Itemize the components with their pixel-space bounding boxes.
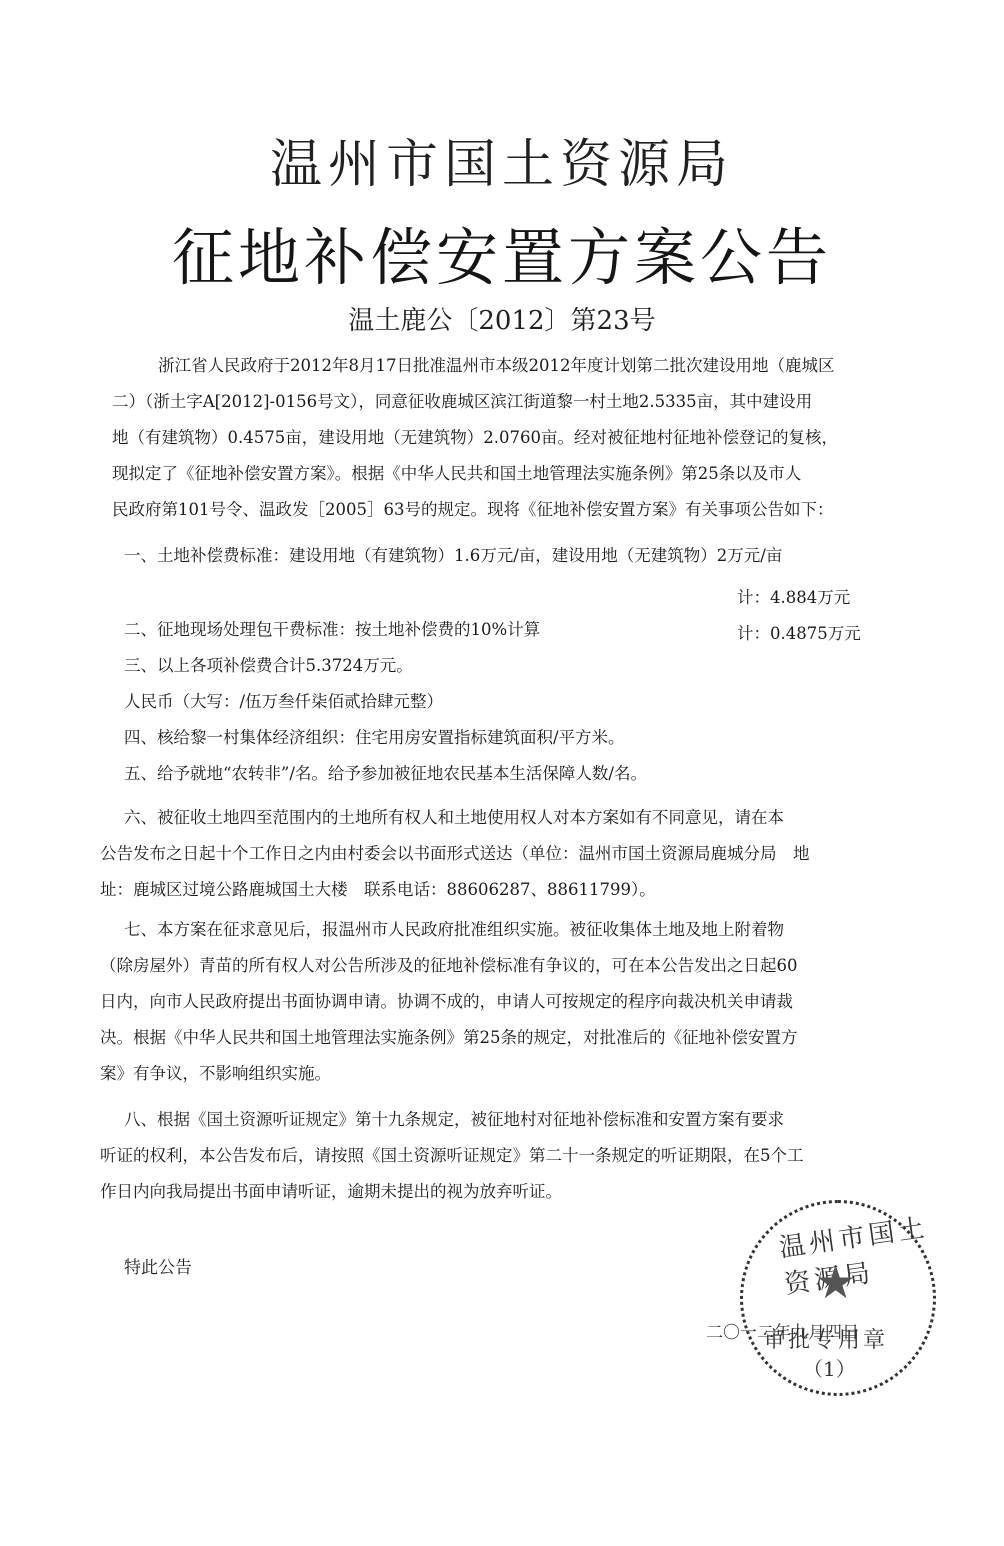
item-6-line: 公告发布之日起十个工作日之内由村委会以书面形式送达（单位：温州市国土资源局鹿城分… (100, 844, 810, 864)
item-8-line: 作日内向我局提出书面申请听证，逾期未提出的视为放弃听证。 (100, 1182, 562, 1202)
notice-title: 征地补偿安置方案公告 (0, 208, 1004, 297)
item-7-line: 日内，向市人民政府提出书面协调申请。协调不成的，申请人可按规定的程序向裁决机关申… (100, 992, 793, 1012)
item-1-total: 计：4.884万元 (737, 584, 850, 608)
agency-title: 温州市国土资源局 (0, 122, 1004, 197)
item-1-text: 一、土地补偿费标准：建设用地（有建筑物）1.6万元/亩，建设用地（无建筑物）2万… (124, 546, 782, 566)
star-icon: ★ (815, 1255, 856, 1309)
intro-line: 浙江省人民政府于2012年8月17日批准温州市本级2012年度计划第二批次建设用… (158, 356, 834, 376)
item-2-text: 二、征地现场处理包干费标准：按土地补偿费的10%计算 (124, 620, 540, 640)
document-number: 温土鹿公〔2012〕第23号 (0, 300, 1004, 337)
item-8-line: 听证的权利，本公告发布后，请按照《国土资源听证规定》第二十一条规定的听证期限，在… (100, 1146, 804, 1166)
item-6-line: 六、被征收土地四至范围内的土地所有权人和土地使用权人对本方案如有不同意见，请在本 (124, 808, 784, 828)
closing-text: 特此公告 (124, 1253, 192, 1278)
seal-ring-text: 温州市国土资源局 (777, 1207, 938, 1301)
seal-number: （1） (803, 1353, 856, 1382)
intro-line: 现拟定了《征地补偿安置方案》。根据《中华人民共和国土地管理法实施条例》第25条以… (112, 464, 801, 484)
issue-date: 二〇一二年九月四日 (706, 1318, 859, 1343)
item-8-line: 八、根据《国土资源听证规定》第十九条规定，被征地村对征地补偿标准和安置方案有要求 (124, 1110, 784, 1130)
item-3-rmb: 人民币（大写：/伍万叁仟柒佰贰拾肆元整） (124, 692, 443, 712)
intro-line: 民政府第101号令、温政发［2005］63号的规定。现将《征地补偿安置方案》有关… (112, 500, 833, 520)
notice-page: 温州市国土资源局 征地补偿安置方案公告 温土鹿公〔2012〕第23号 浙江省人民… (0, 0, 1004, 1546)
intro-line: 地（有建筑物）0.4575亩，建设用地（无建筑物）2.0760亩。经对被征地村征… (112, 428, 838, 448)
intro-line: 二）（浙土字A[2012]-0156号文），同意征收鹿城区滨江街道黎一村土地2.… (112, 392, 812, 412)
item-7-line: 决。根据《中华人民共和国土地管理法实施条例》第25条的规定，对批准后的《征地补偿… (100, 1028, 798, 1048)
item-5-text: 五、给予就地“农转非”/名。给予参加被征地农民基本生活保障人数/名。 (124, 764, 647, 784)
item-7-line: 案》有争议，不影响组织实施。 (100, 1064, 331, 1084)
item-4-text: 四、核给黎一村集体经济组织：住宅用房安置指标建筑面积/平方米。 (124, 728, 625, 748)
item-7-line: 七、本方案在征求意见后，报温州市人民政府批准组织实施。被征收集体土地及地上附着物 (124, 920, 784, 940)
official-seal: 温州市国土资源局 ★ 审批专用章 （1） (740, 1200, 936, 1396)
item-6-line: 址：鹿城区过境公路鹿城国土大楼 联系电话：88606287、88611799）。 (100, 880, 656, 900)
item-3-text: 三、以上各项补偿费合计5.3724万元。 (124, 656, 413, 676)
item-2-total: 计：0.4875万元 (737, 620, 861, 644)
item-7-line: （除房屋外）青苗的所有权人对公告所涉及的征地补偿标准有争议的，可在本公告发出之日… (100, 956, 798, 976)
